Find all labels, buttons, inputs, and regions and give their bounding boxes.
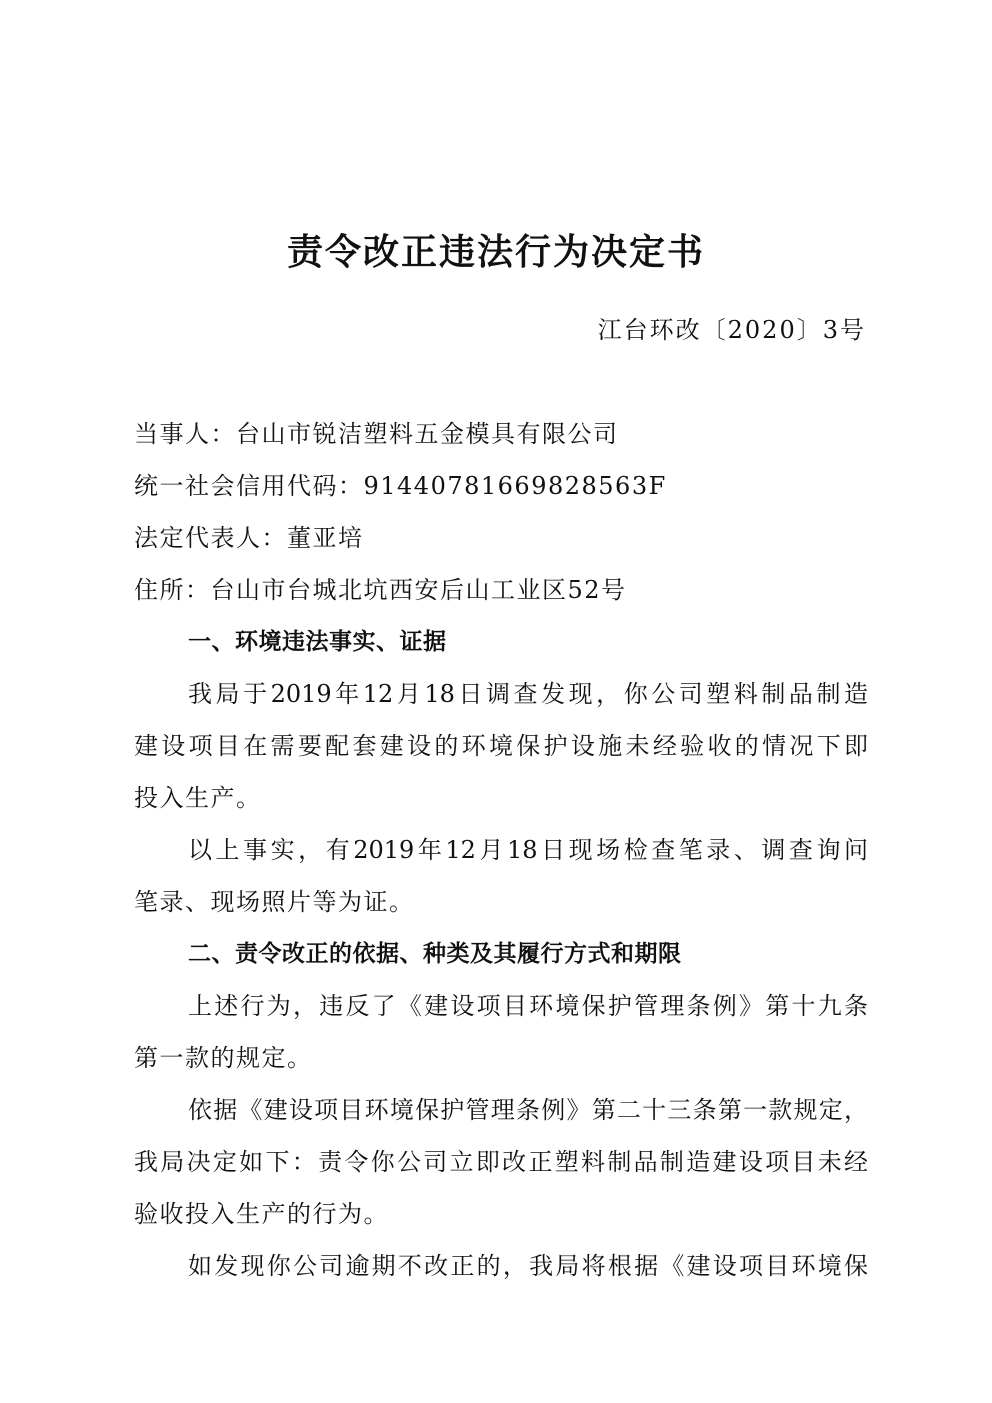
document-number: 江台环改〔2020〕3号 [598, 312, 866, 348]
address-value: 台山市台城北坑西安后山工业区52号 [211, 576, 627, 604]
paragraph-line: 上述行为，违反了《建设项目环境保护管理条例》第十九条 [188, 988, 868, 1024]
party-name-value: 台山市锐洁塑料五金模具有限公司 [236, 420, 619, 448]
credit-code-line: 统一社会信用代码：91440781669828563F [134, 468, 667, 504]
paragraph-line: 依据《建设项目环境保护管理条例》第二十三条第一款规定， [188, 1092, 868, 1128]
credit-code-label: 统一社会信用代码： [134, 472, 364, 500]
address-line: 住所：台山市台城北坑西安后山工业区52号 [134, 572, 627, 608]
party-name-line: 当事人：台山市锐洁塑料五金模具有限公司 [134, 416, 619, 452]
paragraph-line: 第一款的规定。 [134, 1040, 313, 1076]
section-heading-facts: 一、环境违法事实、证据 [188, 624, 447, 660]
address-label: 住所： [134, 576, 211, 604]
legal-rep-value: 董亚培 [287, 524, 364, 552]
paragraph-line: 我局于2019年12月18日调查发现，你公司塑料制品制造 [188, 676, 868, 712]
legal-rep-line: 法定代表人：董亚培 [134, 520, 364, 556]
paragraph-line: 建设项目在需要配套建设的环境保护设施未经验收的情况下即 [134, 728, 868, 764]
paragraph-line: 投入生产。 [134, 780, 262, 816]
paragraph-line: 验收投入生产的行为。 [134, 1196, 389, 1232]
paragraph-line: 以上事实，有2019年12月18日现场检查笔录、调查询问 [188, 832, 868, 868]
document-page: 责令改正违法行为决定书 江台环改〔2020〕3号 当事人：台山市锐洁塑料五金模具… [0, 0, 992, 1403]
legal-rep-label: 法定代表人： [134, 524, 287, 552]
document-title: 责令改正违法行为决定书 [0, 228, 992, 276]
party-name-label: 当事人： [134, 420, 236, 448]
credit-code-value: 91440781669828563F [364, 472, 667, 500]
section-heading-basis: 二、责令改正的依据、种类及其履行方式和期限 [188, 936, 682, 972]
paragraph-line: 笔录、现场照片等为证。 [134, 884, 415, 920]
paragraph-line: 我局决定如下：责令你公司立即改正塑料制品制造建设项目未经 [134, 1144, 868, 1180]
paragraph-line: 如发现你公司逾期不改正的，我局将根据《建设项目环境保 [188, 1248, 868, 1284]
